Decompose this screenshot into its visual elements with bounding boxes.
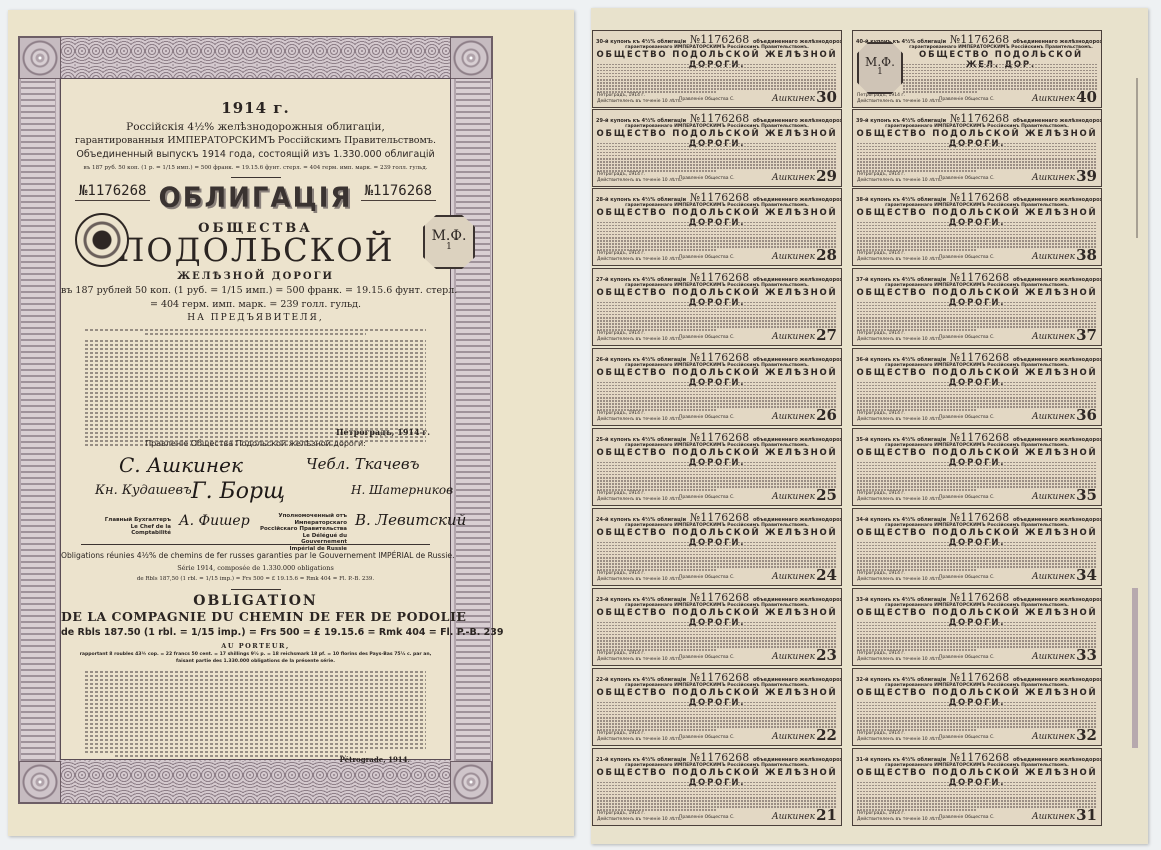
bond-year: 1914 г. <box>61 99 450 117</box>
french-bearer-label: AU PORTEUR, <box>61 642 450 650</box>
french-title: OBLIGATION <box>61 593 450 609</box>
coupon-35: 35-й купонъ къ 4½% облигаціи №1176268 об… <box>852 428 1102 506</box>
coupon-signature: Ашкинек <box>772 332 815 342</box>
signature: В. Левитский <box>355 511 466 529</box>
value-line2: = 404 герм. имп. марк. = 239 голл. гульд… <box>61 299 450 310</box>
coupon-validity: Действителенъ въ теченіе 10 лѣтъ. <box>597 497 682 503</box>
coupon-27: 27-й купонъ къ 4½% облигаціи №1176268 об… <box>592 268 842 346</box>
corner-rosette-icon <box>19 37 61 79</box>
coupon-36: 36-й купонъ къ 4½% облигаціи №1176268 об… <box>852 348 1102 426</box>
coupon-footer: Петроградъ, 1914 г. Действителенъ въ теч… <box>597 731 682 743</box>
coupon-validity: Действителенъ въ теченіе 10 лѣтъ. <box>857 178 942 184</box>
short-rule <box>231 177 281 178</box>
coupon-fine-text <box>857 380 1097 413</box>
stamp-duty-seal-icon: М.Ф.1 <box>857 42 903 94</box>
signature: Кн. Кудашевъ <box>95 483 192 498</box>
coupon-validity: Действителенъ въ теченіе 10 лѣтъ. <box>857 497 942 503</box>
french-heading-line1: Obligations réunies 4½% de chemins de fe… <box>61 551 450 560</box>
coupon-footer: Петроградъ, 1914 г. Действителенъ въ теч… <box>597 571 682 583</box>
coupon-25: 25-й купонъ къ 4½% облигаціи №1176268 об… <box>592 428 842 506</box>
coupon-validity: Действителенъ въ теченіе 10 лѣтъ. <box>597 417 682 423</box>
coupon-signature: Ашкинек <box>772 94 815 104</box>
border-bottom-guilloche <box>19 761 492 803</box>
coupon-signature: Ашкинек <box>1032 412 1075 422</box>
coupon-number: 22 <box>816 726 837 744</box>
coupon-validity: Действителенъ въ теченіе 10 лѣтъ. <box>597 99 682 105</box>
coupon-signature: Ашкинек <box>772 173 815 183</box>
bond-heading-line1: Россійскія 4½% желѣзнодорожныя облигаціи… <box>61 121 450 133</box>
coupon-footer: Петроградъ, 1914 г. Действителенъ въ теч… <box>597 172 682 184</box>
bond-heading-line4: въ 187 руб. 50 коп. (1 р. = 1/15 имп.) =… <box>61 165 450 171</box>
coupon-fine-text <box>597 780 837 813</box>
coupon-number: 21 <box>816 806 837 824</box>
coupon-validity: Действителенъ въ теченіе 10 лѣтъ. <box>597 257 682 263</box>
coupon-validity: Действителенъ въ теченіе 10 лѣтъ. <box>857 337 942 343</box>
french-heading-line2: Série 1914, composée de 1.330.000 obliga… <box>61 564 450 572</box>
coupon-fine-text <box>597 620 837 653</box>
coupon-number: 30 <box>816 88 837 106</box>
coupon-signature: Ашкинек <box>1032 492 1075 502</box>
bond-heading-line2: гарантированныя ИМПЕРАТОРСКИМЪ Россійски… <box>61 135 450 146</box>
coupon-fine-text <box>597 380 837 413</box>
coupon-validity: Действителенъ въ теченіе 10 лѣтъ. <box>857 657 942 663</box>
coupon-38: 38-й купонъ къ 4½% облигаціи №1176268 об… <box>852 188 1102 266</box>
coupon-23: 23-й купонъ къ 4½% облигаціи №1176268 об… <box>592 588 842 666</box>
coupon-fine-text <box>857 780 1097 813</box>
coupon-signature: Ашкинек <box>1032 332 1075 342</box>
bond-heading-line3: Объединенный выпускъ 1914 года, состоящі… <box>61 149 450 160</box>
coupon-sheet: 30-й купонъ къ 4½% облигаціи №1176268 об… <box>591 8 1148 844</box>
coupon-footer: Петроградъ, 1914 г. Действителенъ въ теч… <box>857 93 942 105</box>
sheet-fold-line <box>1136 78 1138 238</box>
french-company-title: DE LA COMPAGNIE DU CHEMIN DE FER DE PODO… <box>61 609 450 624</box>
coupon-21: 21-й купонъ къ 4½% облигаціи №1176268 об… <box>592 748 842 826</box>
coupon-footer: Петроградъ, 1914 г. Действителенъ въ теч… <box>857 571 942 583</box>
french-value-line: de Rbls 187.50 (1 rbl. = 1/15 imp.) = Fr… <box>61 627 450 638</box>
bond-certificate: 1914 г. Россійскія 4½% желѣзнодорожныя о… <box>8 10 574 836</box>
bond-title: ОБЛИГАЦІЯ <box>61 182 450 214</box>
coupon-signature: Ашкинек <box>1032 812 1075 822</box>
coupon-signature: Ашкинек <box>1032 732 1075 742</box>
french-terms-text <box>85 669 426 759</box>
coupon-number: 25 <box>816 486 837 504</box>
coupon-board-label: Правленіе Общества C. <box>679 495 735 500</box>
coupon-validity: Действителенъ въ теченіе 10 лѣтъ. <box>597 577 682 583</box>
coupon-board-label: Правленіе Общества C. <box>939 97 995 102</box>
coupon-footer: Петроградъ, 1914 г. Действителенъ въ теч… <box>857 651 942 663</box>
coupon-footer: Петроградъ, 1914 г. Действителенъ въ теч… <box>597 491 682 503</box>
coupon-37: 37-й купонъ къ 4½% облигаціи №1176268 об… <box>852 268 1102 346</box>
coupon-footer: Петроградъ, 1914 г. Действителенъ въ теч… <box>857 411 942 423</box>
coupon-footer: Петроградъ, 1914 г. Действителенъ въ теч… <box>857 172 942 184</box>
coupon-26: 26-й купонъ къ 4½% облигаціи №1176268 об… <box>592 348 842 426</box>
coupon-validity: Действителенъ въ теченіе 10 лѣтъ. <box>857 257 942 263</box>
coupon-32: 32-й купонъ къ 4½% облигаціи №1176268 об… <box>852 668 1102 746</box>
coupon-number: 35 <box>1076 486 1097 504</box>
coupon-board-label: Правленіе Общества C. <box>679 655 735 660</box>
corner-rosette-icon <box>450 761 492 803</box>
coupon-signature: Ашкинек <box>772 492 815 502</box>
border-left-guilloche <box>21 37 55 803</box>
coupon-29: 29-й купонъ къ 4½% облигаціи №1176268 об… <box>592 109 842 187</box>
coupon-22: 22-й купонъ къ 4½% облигаціи №1176268 об… <box>592 668 842 746</box>
coupon-validity: Действителенъ въ теченіе 10 лѣтъ. <box>857 737 942 743</box>
coupon-board-label: Правленіе Общества C. <box>679 335 735 340</box>
place-date-ru: Петроградъ, 1914 г. <box>336 427 430 437</box>
coupon-signature: Ашкинек <box>772 732 815 742</box>
coupon-footer: Петроградъ, 1914 г. Действителенъ въ теч… <box>597 411 682 423</box>
coupon-fine-text <box>903 62 1097 95</box>
ornamental-border: 1914 г. Россійскія 4½% желѣзнодорожныя о… <box>18 36 493 804</box>
coupon-validity: Действителенъ въ теченіе 10 лѣтъ. <box>857 817 942 823</box>
coupon-footer: Петроградъ, 1914 г. Действителенъ въ теч… <box>597 651 682 663</box>
coupon-board-label: Правленіе Общества C. <box>939 575 995 580</box>
coupon-board-label: Правленіе Общества C. <box>939 415 995 420</box>
coupon-number: 34 <box>1076 566 1097 584</box>
coupon-fine-text <box>597 141 837 174</box>
coupon-footer: Петроградъ, 1914 г. Действителенъ въ теч… <box>857 731 942 743</box>
coupon-board-label: Правленіе Общества C. <box>679 735 735 740</box>
board-label: Правленіе Общества Подольской желѣзной д… <box>61 439 450 448</box>
short-rule <box>231 589 281 590</box>
place-date-fr: Pétrograde, 1914. <box>340 755 410 764</box>
signature: С. Ашкинек <box>119 453 243 477</box>
government-delegate-label: Уполномоченный отъ Императорскаго Россій… <box>255 513 347 553</box>
coupon-board-label: Правленіе Общества C. <box>679 575 735 580</box>
coupon-number: 33 <box>1076 646 1097 664</box>
corner-rosette-icon <box>19 761 61 803</box>
coupon-validity: Действителенъ въ теченіе 10 лѣтъ. <box>597 337 682 343</box>
coupon-signature: Ашкинек <box>1032 252 1075 262</box>
french-series-line: faisant partie des 1.330.000 obligations… <box>61 659 450 664</box>
border-top-guilloche <box>19 37 492 79</box>
french-interest-line: rapportant 8 roubles 43¾ cop. = 22 franc… <box>61 652 450 657</box>
coupon-number: 29 <box>816 167 837 185</box>
coupon-board-label: Правленіе Общества C. <box>679 415 735 420</box>
coupon-footer: Петроградъ, 1914 г. Действителенъ въ теч… <box>597 331 682 343</box>
coupon-footer: Петроградъ, 1914 г. Действителенъ въ теч… <box>597 811 682 823</box>
coupon-footer: Петроградъ, 1914 г. Действителенъ въ теч… <box>597 251 682 263</box>
bond-body: 1914 г. Россійскія 4½% желѣзнодорожныя о… <box>60 78 451 760</box>
accountant-label: Главный Бухгалтеръ Le Chef de la Comptab… <box>101 517 171 537</box>
bearer-label: НА ПРЕДЪЯВИТЕЛЯ, <box>61 313 450 323</box>
corner-rosette-icon <box>450 37 492 79</box>
coupon-fine-text <box>857 220 1097 253</box>
coupon-board-label: Правленіе Общества C. <box>679 255 735 260</box>
coupon-signature: Ашкинек <box>772 652 815 662</box>
coupon-footer: Петроградъ, 1914 г. Действителенъ въ теч… <box>857 811 942 823</box>
coupon-fine-text <box>857 141 1097 174</box>
imperial-eagle-seal-icon <box>75 213 129 267</box>
coupon-board-label: Правленіе Общества C. <box>679 815 735 820</box>
coupon-33: 33-й купонъ къ 4½% облигаціи №1176268 об… <box>852 588 1102 666</box>
coupon-fine-text <box>857 460 1097 493</box>
coupon-fine-text <box>597 220 837 253</box>
coupon-number: 39 <box>1076 167 1097 185</box>
value-line1: въ 187 рублей 50 коп. (1 руб. = 1/15 имп… <box>61 285 450 296</box>
coupon-30: 30-й купонъ къ 4½% облигаціи №1176268 об… <box>592 30 842 108</box>
coupon-fine-text <box>857 540 1097 573</box>
coupon-28: 28-й купонъ къ 4½% облигаціи №1176268 об… <box>592 188 842 266</box>
coupon-footer: Петроградъ, 1914 г. Действителенъ въ теч… <box>857 331 942 343</box>
coupon-footer: Петроградъ, 1914 г. Действителенъ въ теч… <box>857 251 942 263</box>
coupon-footer: Петроградъ, 1914 г. Действителенъ въ теч… <box>857 491 942 503</box>
coupon-footer: Петроградъ, 1914 г. Действителенъ въ теч… <box>597 93 682 105</box>
signature: Чебл. Ткачевъ <box>306 455 420 473</box>
coupon-fine-text <box>597 700 837 733</box>
coupon-40: 40-й купонъ къ 4½% облигаціи №1176268 об… <box>852 30 1102 108</box>
coupon-validity: Действителенъ въ теченіе 10 лѣтъ. <box>597 817 682 823</box>
coupon-number: 38 <box>1076 246 1097 264</box>
coupon-signature: Ашкинек <box>1032 652 1075 662</box>
border-right-guilloche <box>456 37 490 803</box>
coupon-board-label: Правленіе Общества C. <box>679 176 735 181</box>
coupon-validity: Действителенъ въ теченіе 10 лѣтъ. <box>597 657 682 663</box>
coupon-number: 40 <box>1076 88 1097 106</box>
coupon-number: 23 <box>816 646 837 664</box>
coupon-board-label: Правленіе Общества C. <box>679 97 735 102</box>
coupon-fine-text <box>597 540 837 573</box>
coupon-validity: Действителенъ въ теченіе 10 лѣтъ. <box>597 178 682 184</box>
coupon-number: 28 <box>816 246 837 264</box>
french-heading-line3: de Rbls 187,50 (1 rbl. = 1/15 imp.) = Fr… <box>61 576 450 582</box>
coupon-number: 36 <box>1076 406 1097 424</box>
coupon-board-label: Правленіе Общества C. <box>939 176 995 181</box>
coupon-board-label: Правленіе Общества C. <box>939 495 995 500</box>
coupon-validity: Действителенъ въ теченіе 10 лѣтъ. <box>857 577 942 583</box>
coupon-signature: Ашкинек <box>772 412 815 422</box>
coupon-signature: Ашкинек <box>772 252 815 262</box>
coupon-number: 27 <box>816 326 837 344</box>
bond-subtitle-railway: ЖЕЛѢЗНОЙ ДОРОГИ <box>61 271 450 282</box>
coupon-number: 31 <box>1076 806 1097 824</box>
coupon-board-label: Правленіе Общества C. <box>939 735 995 740</box>
coupon-board-label: Правленіе Общества C. <box>939 815 995 820</box>
coupon-fine-text <box>597 460 837 493</box>
coupon-board-label: Правленіе Общества C. <box>939 335 995 340</box>
coupon-board-label: Правленіе Общества C. <box>939 255 995 260</box>
signature: А. Фишер <box>179 513 250 529</box>
coupon-signature: Ашкинек <box>1032 94 1075 104</box>
coupon-fine-text <box>857 300 1097 333</box>
coupon-signature: Ашкинек <box>1032 572 1075 582</box>
coupon-34: 34-й купонъ къ 4½% облигаціи №1176268 об… <box>852 508 1102 586</box>
signature: Г. Борщ <box>191 479 285 504</box>
coupon-board-label: Правленіе Общества C. <box>939 655 995 660</box>
coupon-number: 32 <box>1076 726 1097 744</box>
coupon-number: 37 <box>1076 326 1097 344</box>
sheet-edge-strip <box>1132 588 1138 748</box>
coupon-validity: Действителенъ въ теченіе 10 лѣтъ. <box>857 417 942 423</box>
coupon-validity: Действителенъ въ теченіе 10 лѣтъ. <box>857 99 942 105</box>
coupon-fine-text <box>597 62 837 95</box>
coupon-number: 26 <box>816 406 837 424</box>
coupon-39: 39-й купонъ къ 4½% облигаціи №1176268 об… <box>852 109 1102 187</box>
signature: Н. Шатерников <box>351 483 453 497</box>
coupon-24: 24-й купонъ къ 4½% облигаціи №1176268 об… <box>592 508 842 586</box>
coupon-fine-text <box>857 620 1097 653</box>
stamp-duty-seal-icon: М.Ф. 1 <box>423 215 475 269</box>
coupon-31: 31-й купонъ къ 4½% облигаціи №1176268 об… <box>852 748 1102 826</box>
coupon-fine-text <box>597 300 837 333</box>
coupon-signature: Ашкинек <box>772 572 815 582</box>
coupon-signature: Ашкинек <box>772 812 815 822</box>
section-divider <box>81 544 430 545</box>
coupon-number: 24 <box>816 566 837 584</box>
coupon-fine-text <box>857 700 1097 733</box>
coupon-signature: Ашкинек <box>1032 173 1075 183</box>
coupon-validity: Действителенъ въ теченіе 10 лѣтъ. <box>597 737 682 743</box>
